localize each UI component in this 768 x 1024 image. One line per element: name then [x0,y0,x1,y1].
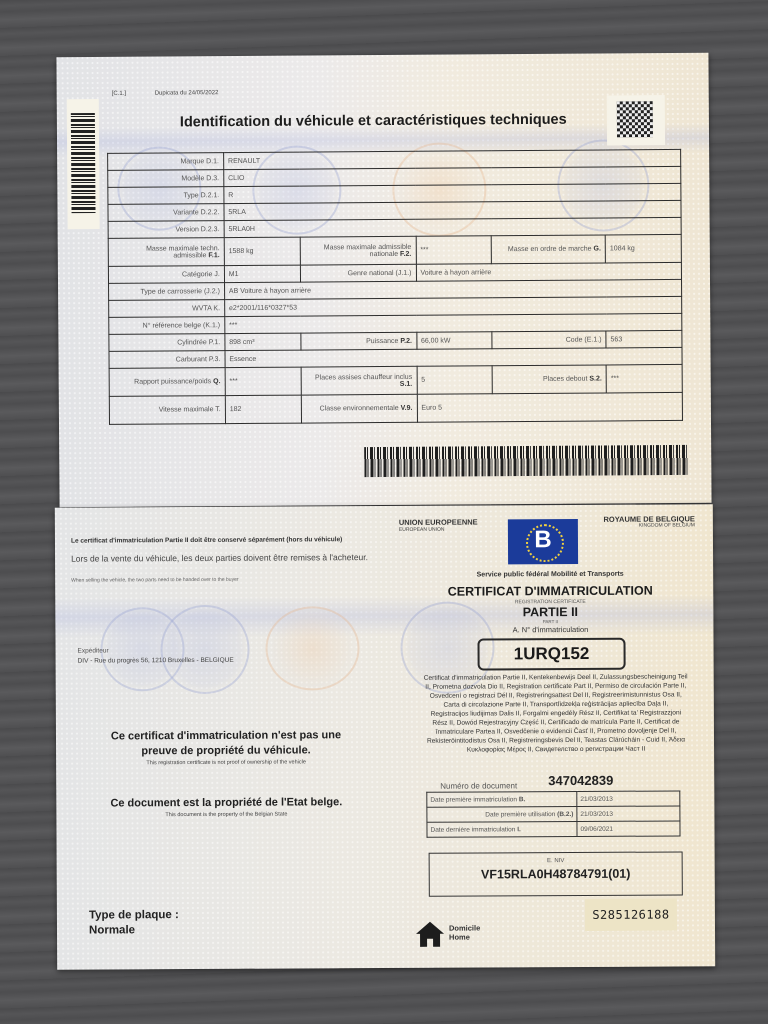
qr-code-icon [607,95,665,145]
not-proof-of-ownership: Ce certificat d'immatriculation n'est pa… [96,728,356,759]
vin-label: E. NIV [430,857,682,864]
vin-box: E. NIV VF15RLA0H48784791(01) [429,851,683,896]
date-row: Date première utilisation (B.2.)21/03/20… [427,806,680,822]
state-property: Ce document est la propriété de l'Etat b… [86,796,366,809]
watermark-circle [160,605,249,694]
multilanguage-title: Certificat d'immatriculation Partie II, … [424,672,688,754]
kingdom-label-en: KINGDOM OF BELGIUM [575,522,695,529]
domicile-label: DomicileHome [449,924,480,942]
notice-sale: Lors de la vente du véhicule, les deux p… [71,552,371,565]
row-masses: Masse maximale techn. admissible F.1. 15… [108,234,681,266]
house-icon [415,920,445,948]
part-label: PARTIE II [415,604,685,619]
row-places: Rapport puissance/poids Q. *** Places as… [109,364,682,396]
plate-type-value: Normale [89,924,135,936]
plate-number-label: A. N° d'immatriculation [415,624,685,634]
notice-sale-en: When selling the vehicle, the two parts … [71,577,238,584]
certificate-title: CERTIFICAT D'IMMATRICULATION [415,583,685,598]
eu-label-en: EUROPEAN UNION [399,527,445,533]
row-vitesse: Vitesse maximale T. 182 Classe environne… [109,392,682,424]
form-code: [C.1.] [112,91,126,97]
plate-number: 1URQ152 [477,638,625,671]
document-number: 347042839 [548,773,613,788]
not-proof-of-ownership-en: This registration certificate is not pro… [96,759,356,766]
registration-part-2: Le certificat d'immatriculation Partie I… [55,504,715,969]
vehicle-table: Marque D.1.RENAULT Modèle D.3.CLIO Type … [107,149,683,425]
serial-stamp: S285126188 [585,898,677,930]
eu-label: UNION EUROPEENNE [399,518,478,527]
vertical-barcode [67,99,100,229]
document-number-label: Numéro de document [440,781,517,790]
state-property-en: This document is the property of the Bel… [86,811,366,818]
sender-label: Expéditeur [78,647,109,654]
plate-type-label: Type de plaque : [89,909,179,921]
vin-value: VF15RLA0H48784791(01) [430,866,682,881]
page-title: Identification du véhicule et caractéris… [180,112,567,131]
sender-address: DIV - Rue du progrès 56, 1210 Bruxelles … [78,657,234,665]
horizontal-barcode [364,445,688,477]
service-label: Service public fédéral Mobilité et Trans… [415,570,685,578]
notice-keep-separate: Le certificat d'immatriculation Partie I… [71,536,371,545]
watermark-circle [265,606,359,690]
duplicate-date: Dupicata du 24/05/2022 [155,90,219,96]
eu-belgium-flag-icon: B [508,519,578,564]
dates-table: Date première immatriculation B.21/03/20… [426,790,680,837]
registration-part-1: [C.1.] Dupicata du 24/05/2022 Identifica… [56,53,711,508]
date-row: Date première immatriculation B.21/03/20… [427,791,680,807]
date-row: Date dernière immatriculation I.09/06/20… [427,821,680,837]
